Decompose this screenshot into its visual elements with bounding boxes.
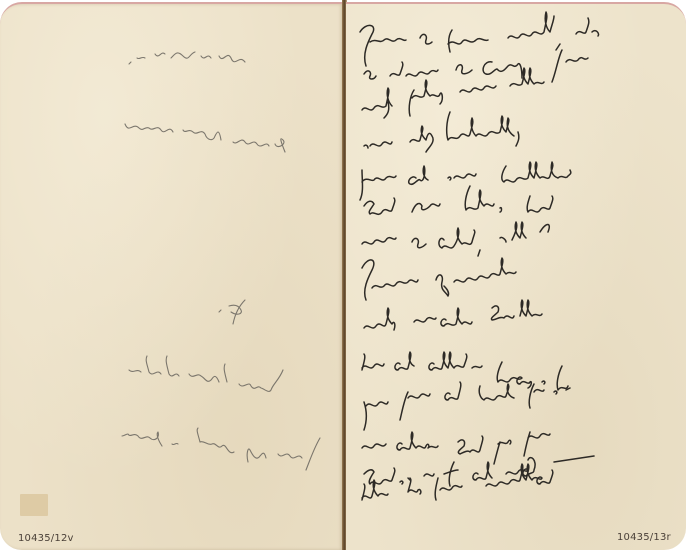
- right-line-9: [364, 300, 542, 330]
- right-line-4: [364, 112, 519, 152]
- right-line-6: [364, 186, 553, 214]
- right-handwriting: [0, 0, 686, 550]
- right-line-8: [362, 258, 516, 300]
- right-line-11: [364, 382, 570, 430]
- right-line-10: [362, 352, 568, 390]
- right-line-2: [364, 50, 588, 82]
- right-line-13: [364, 456, 594, 486]
- right-line-12: [362, 432, 550, 464]
- notebook-spread: 10435/12v 10435/13r: [0, 0, 686, 550]
- right-line-7: [362, 222, 549, 256]
- right-line-3: [362, 68, 544, 118]
- right-line-1: [360, 12, 599, 66]
- catalog-number-right: 10435/13r: [617, 532, 671, 543]
- right-line-5: [360, 162, 571, 200]
